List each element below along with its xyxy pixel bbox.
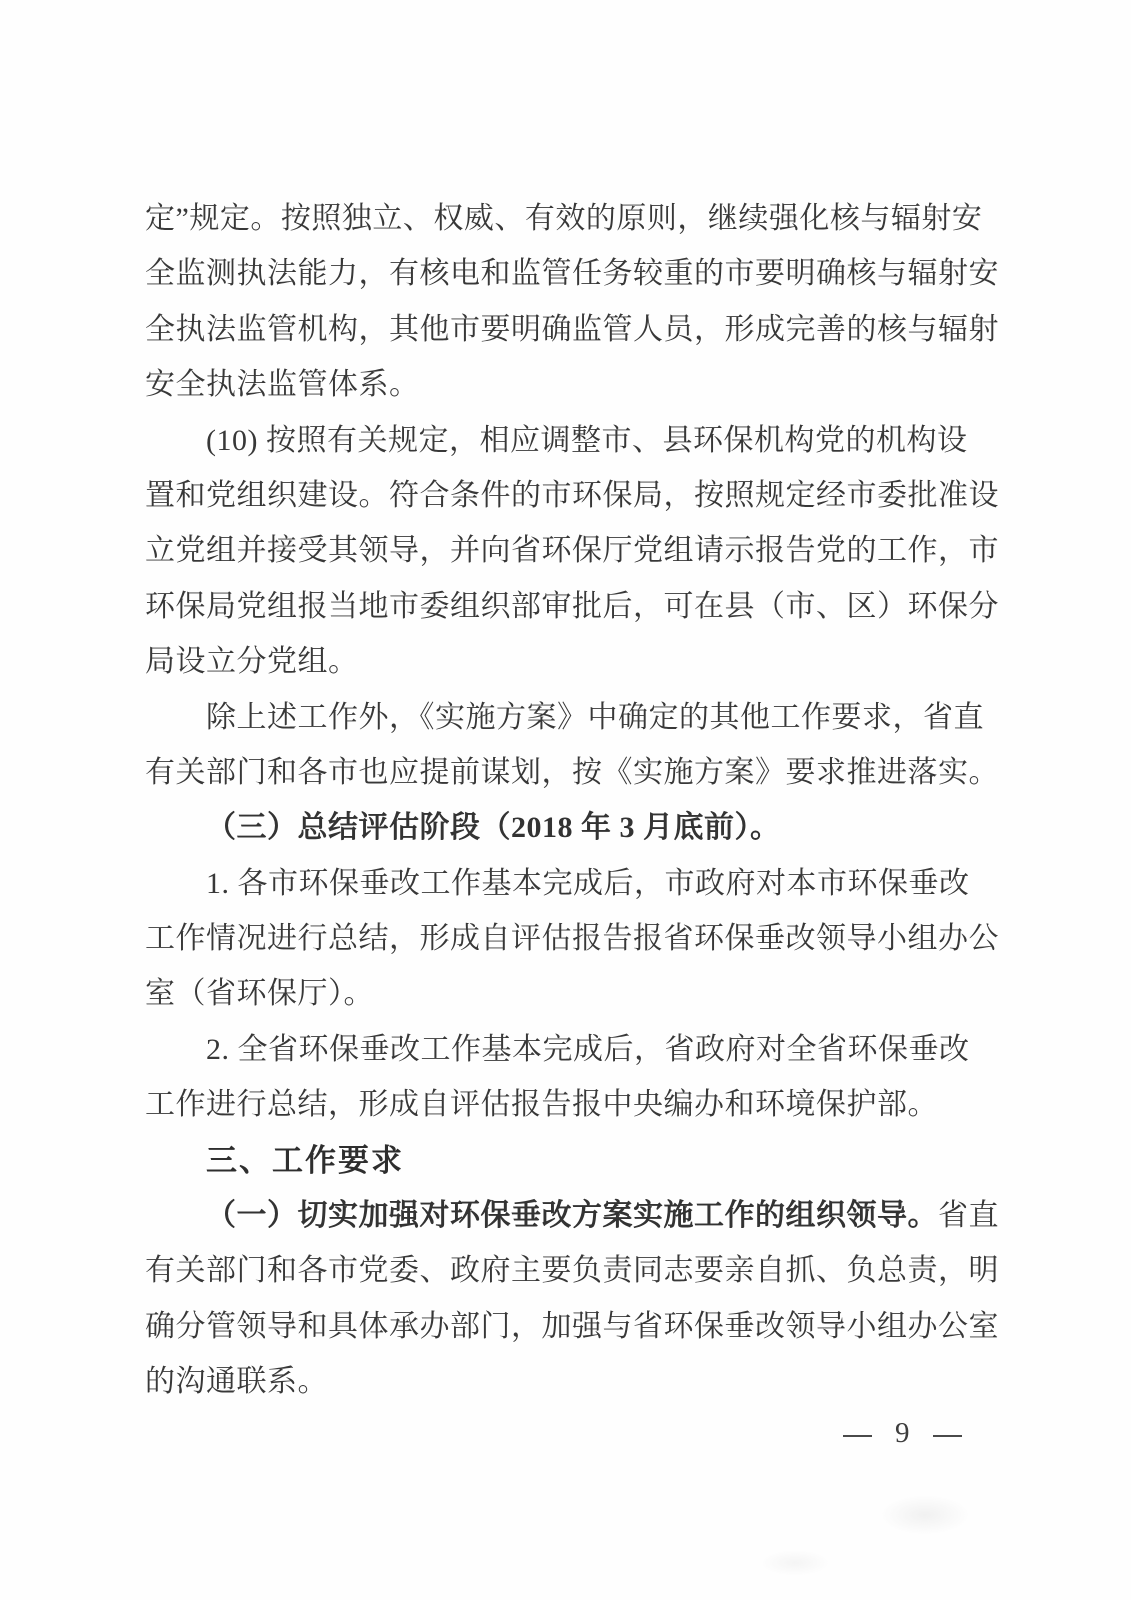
page-number: 9 xyxy=(895,1419,910,1448)
page-footer: 9 xyxy=(843,1421,962,1450)
body-line: 有关部门和各市也应提前谋划，按《实施方案》要求推进落实。 xyxy=(145,745,990,800)
footer-left-dash xyxy=(843,1435,872,1437)
body-line: 定”规定。按照独立、权威、有效的原则，继续强化核与辐射安 xyxy=(145,191,990,246)
body-line: 立党组并接受其领导，并向省环保厅党组请示报告党的工作，市 xyxy=(145,523,990,578)
body-line-paragraph-start: 2. 全省环保垂改工作基本完成后，省政府对全省环保垂改 xyxy=(145,1022,990,1077)
body-line-tail: 省直 xyxy=(938,1199,999,1232)
body-line-paragraph-start: （一）切实加强对环保垂改方案实施工作的组织领导。省直 xyxy=(145,1188,990,1243)
body-line: 的沟通联系。 xyxy=(145,1354,990,1409)
body-line: 全执法监管机构，其他市要明确监管人员，形成完善的核与辐射 xyxy=(145,302,990,357)
document-page: 定”规定。按照独立、权威、有效的原则，继续强化核与辐射安 全监测执法能力，有核电… xyxy=(0,0,1131,1600)
stage-heading-evaluation: （三）总结评估阶段（2018 年 3 月底前）。 xyxy=(145,800,990,855)
footer-right-dash xyxy=(933,1435,962,1437)
body-line: 安全执法监管体系。 xyxy=(145,357,990,412)
body-line: 全监测执法能力，有核电和监管任务较重的市要明确核与辐射安 xyxy=(145,246,990,301)
body-line: 环保局党组报当地市委组织部审批后，可在县（市、区）环保分 xyxy=(145,579,990,634)
body-line: 工作情况进行总结，形成自评估报告报省环保垂改领导小组办公 xyxy=(145,911,990,966)
subsection-heading-leadership: （一）切实加强对环保垂改方案实施工作的组织领导。 xyxy=(206,1199,938,1232)
body-line: 置和党组织建设。符合条件的市环保局，按照规定经市委批准设 xyxy=(145,468,990,523)
body-line: 确分管领导和具体承办部门，加强与省环保垂改领导小组办公室 xyxy=(145,1299,990,1354)
body-line-paragraph-start: 除上述工作外，《实施方案》中确定的其他工作要求，省直 xyxy=(145,690,990,745)
body-line: 工作进行总结，形成自评估报告报中央编办和环境保护部。 xyxy=(145,1077,990,1132)
scan-smudge xyxy=(760,1550,830,1576)
body-line-paragraph-start: 1. 各市环保垂改工作基本完成后，市政府对本市环保垂改 xyxy=(145,856,990,911)
document-body: 定”规定。按照独立、权威、有效的原则，继续强化核与辐射安 全监测执法能力，有核电… xyxy=(145,191,990,1410)
body-line: 有关部门和各市党委、政府主要负责同志要亲自抓、负总责，明 xyxy=(145,1243,990,1298)
body-line: 室（省环保厅）。 xyxy=(145,966,990,1021)
section-heading-work-requirements: 三、工作要求 xyxy=(145,1133,990,1188)
body-line-paragraph-start: (10) 按照有关规定，相应调整市、县环保机构党的机构设 xyxy=(145,413,990,468)
body-line: 局设立分党组。 xyxy=(145,634,990,689)
scan-smudge xyxy=(880,1495,970,1535)
